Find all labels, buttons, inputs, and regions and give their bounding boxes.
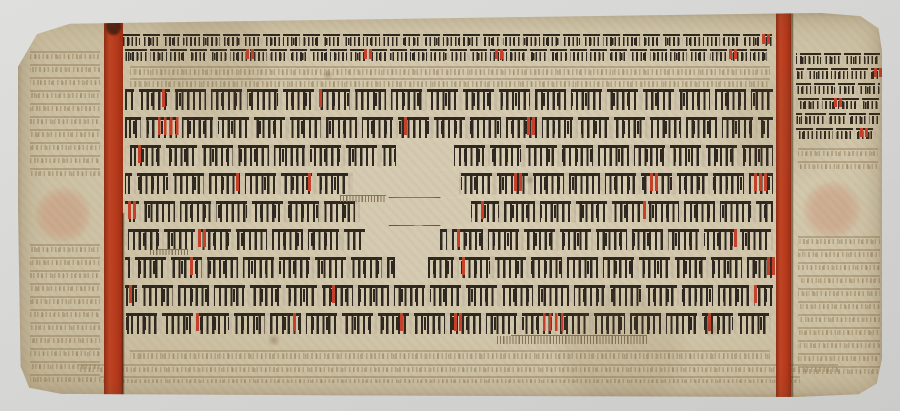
interlinear-annotation xyxy=(150,249,188,255)
red-ink-mark xyxy=(462,257,465,275)
main-text-line xyxy=(125,88,773,111)
interlinear-annotation xyxy=(497,335,647,344)
bleedthrough-line xyxy=(30,269,100,278)
red-ink-mark xyxy=(767,257,770,275)
bleedthrough-line xyxy=(100,375,800,383)
band-dark-edge xyxy=(791,13,793,397)
red-ink-mark xyxy=(514,173,517,191)
red-ink-mark xyxy=(129,285,132,303)
main-text-line xyxy=(125,116,773,139)
red-ink-mark xyxy=(729,49,732,59)
bleedthrough-line xyxy=(30,63,100,72)
bleedthrough-line xyxy=(30,89,100,98)
bleedthrough-line xyxy=(30,154,100,163)
bleedthrough-line xyxy=(30,295,100,304)
band-dark-edge xyxy=(122,213,124,397)
red-ink-mark xyxy=(874,68,877,78)
margin-commentary-line xyxy=(796,67,880,79)
paper-stain xyxy=(323,70,333,80)
bleedthrough-line xyxy=(798,147,878,156)
left-red-band xyxy=(104,13,123,397)
main-text-line xyxy=(125,312,773,335)
red-ink-mark xyxy=(643,201,646,219)
bleedthrough-line xyxy=(30,128,100,137)
red-ink-mark xyxy=(481,201,484,219)
red-ink-mark xyxy=(198,229,201,247)
red-ink-mark xyxy=(308,173,311,191)
red-ink-mark xyxy=(332,285,335,303)
bleedthrough-line xyxy=(130,77,770,87)
bleedthrough-line xyxy=(798,339,880,348)
bleedthrough-line xyxy=(30,308,100,317)
red-ink-mark xyxy=(734,229,737,247)
red-ink-mark xyxy=(527,117,530,135)
bleedthrough-line xyxy=(30,141,100,150)
red-ink-mark xyxy=(236,173,239,191)
margin-commentary-line xyxy=(796,97,880,109)
red-ink-mark xyxy=(190,257,193,275)
red-ink-mark xyxy=(454,313,457,331)
bleedthrough-line xyxy=(798,352,880,361)
top-margin-line xyxy=(123,33,772,46)
interlinear-annotation xyxy=(340,195,386,202)
red-ink-mark xyxy=(138,145,141,163)
text-wrap-gap xyxy=(353,170,459,197)
paper-stain xyxy=(267,333,281,347)
bleedthrough-line xyxy=(30,373,100,382)
margin-commentary-line xyxy=(796,52,880,64)
bleedthrough-line xyxy=(798,274,880,283)
manuscript-folio xyxy=(18,13,882,397)
margin-commentary-line xyxy=(796,82,880,94)
paper-stain xyxy=(714,49,722,57)
text-wrap-gap xyxy=(360,198,471,225)
red-ink-mark xyxy=(404,117,407,135)
red-ink-mark xyxy=(162,89,165,107)
main-text-line xyxy=(125,200,773,223)
margin-commentary-line xyxy=(796,127,876,139)
red-ink-mark xyxy=(319,89,322,107)
bleedthrough-line xyxy=(78,363,838,372)
margin-commentary-line xyxy=(796,112,880,124)
red-ink-mark xyxy=(754,173,757,191)
bleedthrough-line xyxy=(130,349,770,359)
red-ink-mark xyxy=(246,49,249,59)
red-ink-mark xyxy=(650,173,653,191)
main-text-line xyxy=(125,172,773,195)
text-wrap-gap xyxy=(365,226,440,253)
bleedthrough-line xyxy=(30,115,100,124)
red-ink-mark xyxy=(495,49,498,59)
red-ink-mark xyxy=(834,98,837,108)
bleedthrough-line xyxy=(30,167,100,176)
red-ink-mark xyxy=(158,117,179,135)
red-ink-mark xyxy=(543,313,564,331)
top-margin-line xyxy=(123,48,768,61)
red-ink-mark xyxy=(196,313,199,331)
bleedthrough-line xyxy=(798,326,880,335)
bleedthrough-line xyxy=(30,334,100,343)
text-wrap-gap xyxy=(396,142,454,169)
bleedthrough-line xyxy=(30,76,100,85)
main-text-line xyxy=(125,144,773,167)
paper-stain xyxy=(703,319,721,337)
red-ink-mark xyxy=(364,49,367,59)
paper-stain xyxy=(525,175,535,185)
red-ink-mark xyxy=(400,313,403,331)
bleedthrough-line xyxy=(798,160,878,169)
main-text-line xyxy=(125,284,773,307)
bleedthrough-line xyxy=(30,282,100,291)
bleedthrough-line xyxy=(798,287,880,296)
text-wrap-gap xyxy=(395,254,427,281)
ghost-seal-offset xyxy=(804,182,860,238)
ghost-seal-offset xyxy=(36,188,90,242)
bleedthrough-line xyxy=(798,313,880,322)
bleedthrough-line xyxy=(30,347,100,356)
bleedthrough-line xyxy=(30,243,100,252)
main-text-line xyxy=(125,256,773,279)
bleedthrough-line xyxy=(30,50,100,59)
main-text-line xyxy=(125,228,773,251)
bleedthrough-line xyxy=(30,321,100,330)
right-red-band xyxy=(776,13,791,397)
bleedthrough-line xyxy=(30,256,100,265)
red-ink-mark xyxy=(457,229,460,247)
bleedthrough-line xyxy=(30,102,100,111)
photo-backdrop xyxy=(0,0,900,411)
bleedthrough-line xyxy=(798,248,880,257)
red-ink-mark xyxy=(762,34,765,44)
red-ink-mark xyxy=(754,285,757,303)
red-ink-mark xyxy=(128,201,131,219)
bleedthrough-line xyxy=(130,65,770,75)
band-ink-blob xyxy=(106,15,121,35)
red-ink-mark xyxy=(293,313,296,331)
bleedthrough-line xyxy=(798,300,880,309)
red-ink-mark xyxy=(860,128,863,138)
bleedthrough-line xyxy=(798,261,880,270)
